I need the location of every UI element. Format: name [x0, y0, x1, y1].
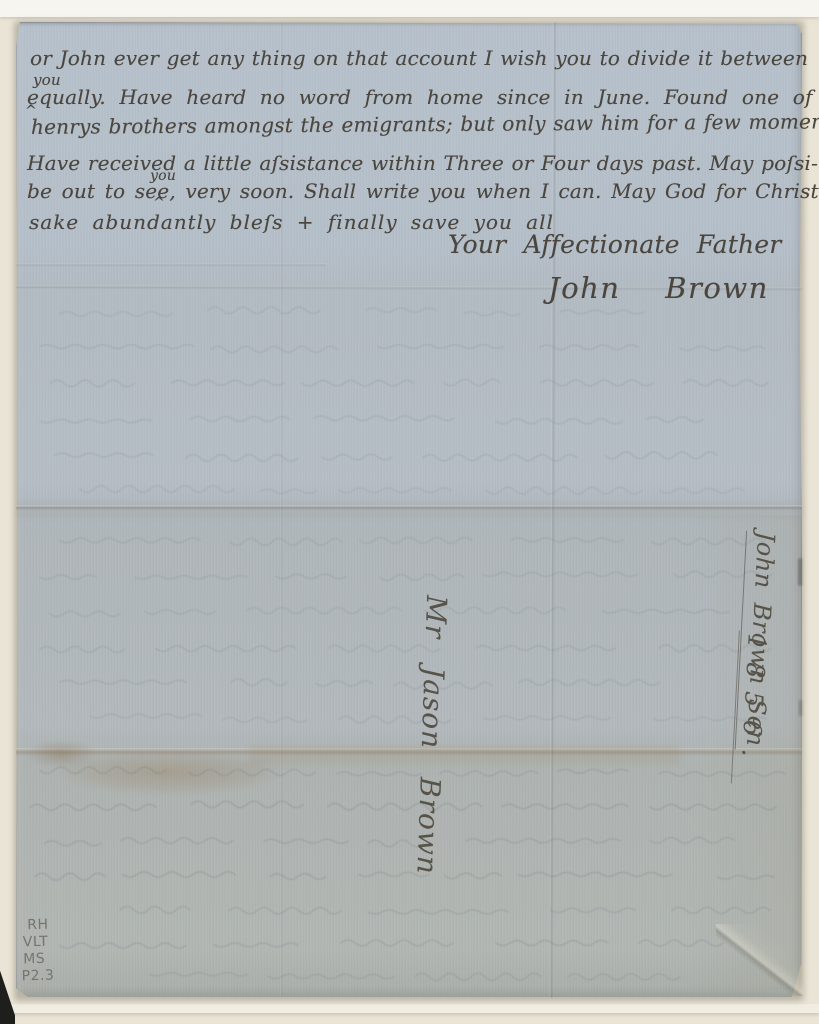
stain-mark	[24, 740, 98, 768]
stain-mark	[16, 503, 802, 518]
scanner-edge-strip	[0, 0, 819, 17]
archival-mark-line: MS	[23, 951, 54, 969]
archival-mark-line: P2.3	[21, 968, 54, 986]
scanner-corner-shadow	[0, 962, 15, 1024]
archival-mark: RH VLT MS P2.3	[20, 917, 54, 986]
letter-line-4: Have received a little aſsistance within…	[27, 151, 818, 175]
stain-mark	[250, 746, 680, 764]
letter-line-2: equally. Have heard no word from home si…	[27, 85, 813, 109]
archival-mark-line: RH	[27, 917, 53, 935]
valediction-line: Your Affectionate Father	[448, 233, 781, 257]
signature-john-brown: John Brown	[548, 276, 769, 300]
ink-speck	[798, 558, 802, 586]
ink-speck	[799, 700, 802, 716]
scanner-bottom-seam	[0, 1004, 819, 1013]
corner-fold	[716, 924, 804, 996]
archival-mark-line: VLT	[23, 934, 54, 952]
letter-line-1: or John ever get any thing on that accou…	[30, 46, 808, 70]
scanned-letter-page: or John ever get any thing on that accou…	[0, 0, 819, 1024]
letter-line-5: be out to see, very soon. Shall write yo…	[27, 179, 819, 203]
docket-name-year-panel: John Brown Sen 1856.	[695, 529, 780, 748]
